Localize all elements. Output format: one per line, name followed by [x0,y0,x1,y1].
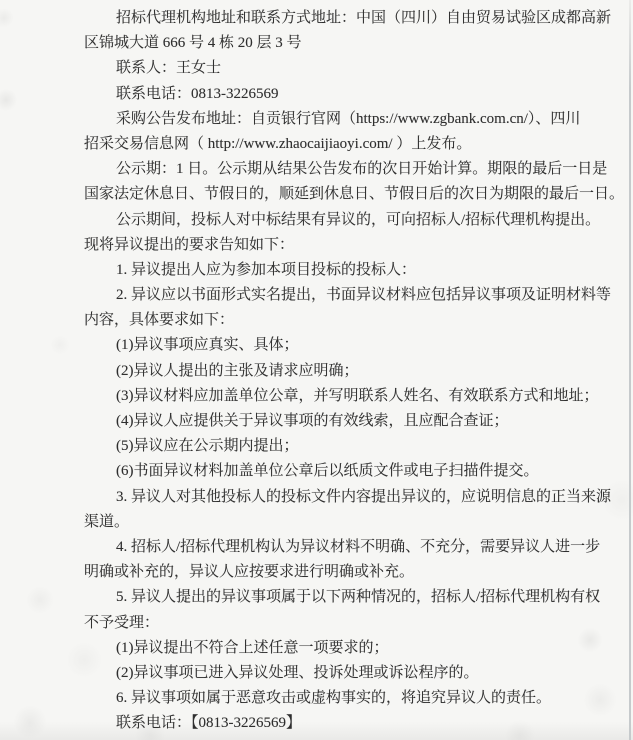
doc-line-announcement-sites-cont: 招采交易信息网（ http://www.zhaocaijiaoyi.com/ ）… [84,132,624,157]
doc-line-rule-5-cont: 不予受理： [84,611,624,636]
doc-line-rule-2-item-6: (6)书面异议材料加盖单位公章后以纸质文件或电子扫描件提交。 [84,459,624,484]
doc-line-contact-phone: 联系电话：0813-3226569 [84,82,624,107]
doc-line-agency-address-cont: 区锦城大道 666 号 4 栋 20 层 3 号 [84,31,624,56]
doc-line-rule-2-cont: 内容，具体要求如下： [84,308,624,333]
doc-line-rule-2-item-2: (2)异议人提出的主张及请求应明确； [84,359,624,384]
doc-line-publicity-period-cont: 国家法定休息日、节假日的，顺延到休息日、节假日后的次日为期限的最后一日。 [84,182,624,207]
doc-line-contact-person: 联系人：王女士 [84,56,624,81]
doc-line-rule-3: 3. 异议人对其他投标人的投标文件内容提出异议的，应说明信息的正当来源 [84,485,624,510]
doc-line-rule-2-item-1: (1)异议事项应真实、具体； [84,333,624,358]
doc-line-announcement-sites: 采购公告发布地址：自贡银行官网（https://www.zgbank.com.c… [84,107,624,132]
doc-line-rule-5: 5. 异议人提出的异议事项属于以下两种情况的，招标人/招标代理机构有权 [84,585,624,610]
doc-line-rule-1: 1. 异议提出人应为参加本项目投标的投标人： [84,258,624,283]
doc-line-rule-5-item-1: (1)异议提出不符合上述任意一项要求的； [84,636,624,661]
doc-line-rule-3-cont: 渠道。 [84,510,624,535]
scanner-edge-artifact [629,0,631,740]
scanned-document-page: 招标代理机构地址和联系方式地址：中国（四川）自由贸易试验区成都高新 区锦城大道 … [0,0,633,740]
doc-line-rule-4: 4. 招标人/招标代理机构认为异议材料不明确、不充分，需要异议人进一步 [84,535,624,560]
doc-line-rule-5-item-2: (2)异议事项已进入异议处理、投诉处理或诉讼程序的。 [84,661,624,686]
doc-line-footer-phone: 联系电话：【0813-3226569】 [84,711,624,736]
doc-line-objection-intro: 公示期间，投标人对中标结果有异议的，可向招标人/招标代理机构提出。 [84,208,624,233]
doc-line-rule-2-item-5: (5)异议应在公示期内提出； [84,434,624,459]
doc-line-rule-4-cont: 明确或补充的，异议人应按要求进行明确或补充。 [84,560,624,585]
document-text-block: 招标代理机构地址和联系方式地址：中国（四川）自由贸易试验区成都高新 区锦城大道 … [84,6,624,736]
doc-line-rule-2-item-4: (4)异议人应提供关于异议事项的有效线索，且应配合查证； [84,409,624,434]
doc-line-rule-6: 6. 异议事项如属于恶意攻击或虚构事实的，将追究异议人的责任。 [84,686,624,711]
doc-line-objection-intro-cont: 现将异议提出的要求告知如下： [84,233,624,258]
doc-line-rule-2: 2. 异议应以书面形式实名提出，书面异议材料应包括异议事项及证明材料等 [84,283,624,308]
doc-line-publicity-period: 公示期：1 日。公示期从结果公告发布的次日开始计算。期限的最后一日是 [84,157,624,182]
doc-line-rule-2-item-3: (3)异议材料应加盖单位公章，并写明联系人姓名、有效联系方式和地址； [84,384,624,409]
doc-line-agency-address: 招标代理机构地址和联系方式地址：中国（四川）自由贸易试验区成都高新 [84,6,624,31]
